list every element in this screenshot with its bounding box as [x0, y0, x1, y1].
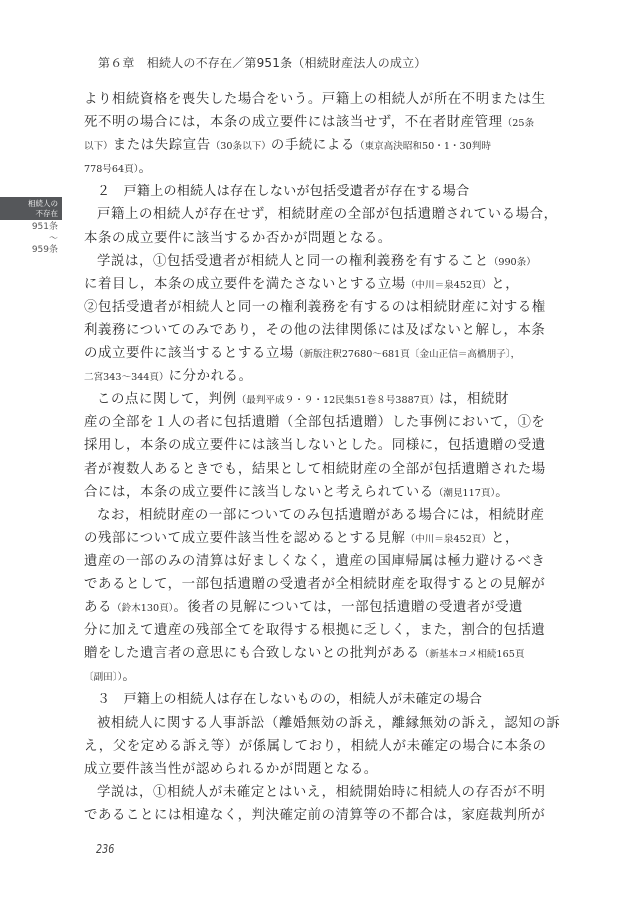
text-line: 遺産の一部のみの清算は好ましくなく，遺産の国庫帰属は極力避けるべき — [84, 550, 546, 573]
text-span: または失踪宣告 — [113, 138, 211, 153]
text-span: と， — [491, 531, 519, 546]
text-line: この点に関して，判例（最判平成９・９・12民集51巻８号3887頁）は，相続財 — [84, 388, 546, 411]
text-span: ②包括受遺者が相続人と同一の権利義務を有するのは相続財産に対する権 — [84, 300, 546, 315]
text-span: 産の全部を１人の者に包括遺贈（全部包括遺贈）した事例において，①を — [84, 415, 545, 430]
text-line: 学説は，①相続人が未確定とはいえ，相続開始時に相続人の存否が不明 — [84, 781, 546, 804]
text-span: 贈をした遺言者の意思にも合致しないとの批判がある — [84, 646, 420, 661]
page-number: 236 — [96, 842, 114, 856]
text-span: に着目し，本条の成立要件を満たさないとする立場 — [84, 277, 406, 292]
text-span: なお，相続財産の一部についてのみ包括遺贈がある場合には，相続財産 — [97, 508, 544, 523]
text-line: に着目し，本条の成立要件を満たさないとする立場（中川＝泉452頁）と， — [84, 273, 546, 296]
thumb-tab-label-line1: 相続人の — [0, 199, 58, 209]
citation: （新基本コメ相続165頁 — [420, 649, 525, 660]
text-span: ２ 戸籍上の相続人は存在しないが包括受遺者が存在する場合 — [97, 184, 469, 199]
thumb-tab-label-line2: 不存在 — [0, 209, 58, 219]
text-span: 戸籍上の相続人が存在せず，相続財産の全部が包括遺贈されている場合， — [97, 207, 558, 222]
text-span: に分かれる。 — [169, 369, 253, 384]
text-span: 採用し，本条の成立要件には該当しないとした。同様に，包括遺贈の受遺 — [84, 438, 546, 453]
citation: （東京高決昭和50・1・30判時 — [355, 141, 491, 152]
text-span: の成立要件に該当するとする立場 — [84, 346, 294, 361]
text-span: 。 — [139, 161, 153, 176]
text-line: ②包括受遺者が相続人と同一の権利義務を有するのは相続財産に対する権 — [84, 296, 546, 319]
text-span: であることには相違なく，判決確定前の清算等の不都合は，家庭裁判所が — [84, 808, 545, 823]
text-line: の残部について成立要件該当性を認めるとする見解（中川＝泉452頁）と， — [84, 527, 546, 550]
citation: （30条以下） — [211, 141, 271, 152]
text-span: ３ 戸籍上の相続人は存在しないものの，相続人が未確定の場合 — [97, 692, 482, 707]
text-span: 遺産の一部のみの清算は好ましくなく，遺産の国庫帰属は極力避けるべき — [84, 554, 545, 569]
text-span: であるとして，一部包括遺贈の受遺者が全相続財産を取得するとの見解が — [84, 577, 545, 592]
text-line: 二宮343〜344頁）に分かれる。 — [84, 365, 546, 388]
text-span: 学説は，①包括受遺者が相続人と同一の権利義務を有すること — [97, 254, 489, 269]
text-span: この点に関して，判例 — [97, 392, 237, 407]
article-range-separator: 〜 — [0, 234, 58, 246]
running-head: 第６章 相続人の不存在／第951条（相続財産法人の成立） — [98, 54, 427, 71]
text-line: 戸籍上の相続人が存在せず，相続財産の全部が包括遺贈されている場合， — [84, 203, 546, 226]
text-line: より相続資格を喪失した場合をいう。戸籍上の相続人が所在不明または生 — [84, 88, 546, 111]
text-line: の成立要件に該当するとする立場（新版注釈27680〜681頁〔金山正信＝高橋朋子… — [84, 342, 546, 365]
article-range-start: 951条 — [0, 222, 58, 234]
text-line: 〔副田〕）。 — [84, 665, 546, 688]
citation: （潮見117頁） — [434, 488, 495, 499]
text-line: 利義務についてのみであり，その他の法律関係には及ばないと解し，本条 — [84, 319, 546, 342]
text-span: え，父を定める訴え等）が係属しており，相続人が未確定の場合に本条の — [84, 739, 547, 754]
text-span: 分に加えて遺産の残部全てを取得する根拠に乏しく，また，割合的包括遺 — [84, 623, 545, 638]
text-line: 分に加えて遺産の残部全てを取得する根拠に乏しく，また，割合的包括遺 — [84, 619, 546, 642]
text-line: 被相続人に関する人事訴訟（離婚無効の訴え，離縁無効の訴え，認知の訴 — [84, 712, 546, 735]
text-span: 本条の成立要件に該当するか否かが問題となる。 — [84, 231, 392, 246]
section-heading: ２ 戸籍上の相続人は存在しないが包括受遺者が存在する場合 — [84, 180, 546, 203]
citation: 778号64頁） — [84, 164, 139, 175]
citation: 二宮343〜344頁） — [84, 372, 169, 383]
text-line: 本条の成立要件に該当するか否かが問題となる。 — [84, 227, 546, 250]
text-span: 合には，本条の成立要件に該当しないと考えられている — [84, 485, 434, 500]
text-line: 産の全部を１人の者に包括遺贈（全部包括遺贈）した事例において，①を — [84, 411, 546, 434]
text-line: 死不明の場合には，本条の成立要件には該当せず，不在者財産管理（25条 — [84, 111, 546, 134]
text-line: であるとして，一部包括遺贈の受遺者が全相続財産を取得するとの見解が — [84, 573, 546, 596]
text-span: 被相続人に関する人事訴訟（離婚無効の訴え，離縁無効の訴え，認知の訴 — [97, 716, 560, 731]
text-span: 死不明の場合には，本条の成立要件には該当せず，不在者財産管理 — [84, 115, 503, 130]
text-span: の残部について成立要件該当性を認めるとする見解 — [84, 531, 406, 546]
body-text: より相続資格を喪失した場合をいう。戸籍上の相続人が所在不明または生死不明の場合に… — [84, 88, 546, 827]
text-span: 学説は，①相続人が未確定とはいえ，相続開始時に相続人の存否が不明 — [97, 785, 546, 800]
citation: （最判平成９・９・12民集51巻８号3887頁） — [237, 395, 439, 406]
text-span: と， — [491, 277, 519, 292]
citation: （鈴木130頁） — [112, 603, 173, 614]
text-line: なお，相続財産の一部についてのみ包括遺贈がある場合には，相続財産 — [84, 504, 546, 527]
text-span: より相続資格を喪失した場合をいう。戸籍上の相続人が所在不明または生 — [84, 92, 546, 107]
text-line: ある（鈴木130頁）。後者の見解については，一部包括遺贈の受遺者が受遺 — [84, 596, 546, 619]
text-span: 成立要件該当性が認められるかが問題となる。 — [84, 762, 378, 777]
text-line: え，父を定める訴え等）が係属しており，相続人が未確定の場合に本条の — [84, 735, 546, 758]
chapter-thumb-tab: 相続人の 不存在 — [0, 197, 62, 220]
citation: 〔副田〕） — [84, 672, 122, 683]
text-line: 合には，本条の成立要件に該当しないと考えられている（潮見117頁）。 — [84, 481, 546, 504]
citation: 以下） — [84, 141, 113, 152]
text-span: の手続による — [271, 138, 355, 153]
citation: （990条） — [489, 257, 536, 268]
text-span: 利義務についてのみであり，その他の法律関係には及ばないと解し，本条 — [84, 323, 545, 338]
citation: （25条 — [503, 118, 534, 129]
text-span: 。 — [122, 669, 136, 684]
text-line: であることには相違なく，判決確定前の清算等の不都合は，家庭裁判所が — [84, 804, 546, 827]
text-line: 者が複数人あるときでも，結果として相続財産の全部が包括遺贈された場 — [84, 458, 546, 481]
article-range: 951条 〜 959条 — [0, 222, 58, 257]
text-span: 者が複数人あるときでも，結果として相続財産の全部が包括遺贈された場 — [84, 462, 546, 477]
citation: （中川＝泉452頁） — [406, 280, 491, 291]
section-heading: ３ 戸籍上の相続人は存在しないものの，相続人が未確定の場合 — [84, 688, 546, 711]
text-line: 贈をした遺言者の意思にも合致しないとの批判がある（新基本コメ相続165頁 — [84, 642, 546, 665]
text-span: ある — [84, 600, 112, 615]
text-line: 778号64頁）。 — [84, 157, 546, 180]
citation: （新版注釈27680〜681頁〔金山正信＝高橋朋子〕， — [294, 349, 520, 360]
text-line: 採用し，本条の成立要件には該当しないとした。同様に，包括遺贈の受遺 — [84, 434, 546, 457]
article-range-end: 959条 — [0, 245, 58, 257]
text-span: 。後者の見解については，一部包括遺贈の受遺者が受遺 — [173, 600, 523, 615]
citation: （中川＝泉452頁） — [406, 534, 491, 545]
text-span: は，相続財 — [439, 392, 509, 407]
text-line: 以下）または失踪宣告（30条以下）の手続による（東京高決昭和50・1・30判時 — [84, 134, 546, 157]
text-line: 学説は，①包括受遺者が相続人と同一の権利義務を有すること（990条） — [84, 250, 546, 273]
text-span: 。 — [495, 485, 509, 500]
text-line: 成立要件該当性が認められるかが問題となる。 — [84, 758, 546, 781]
